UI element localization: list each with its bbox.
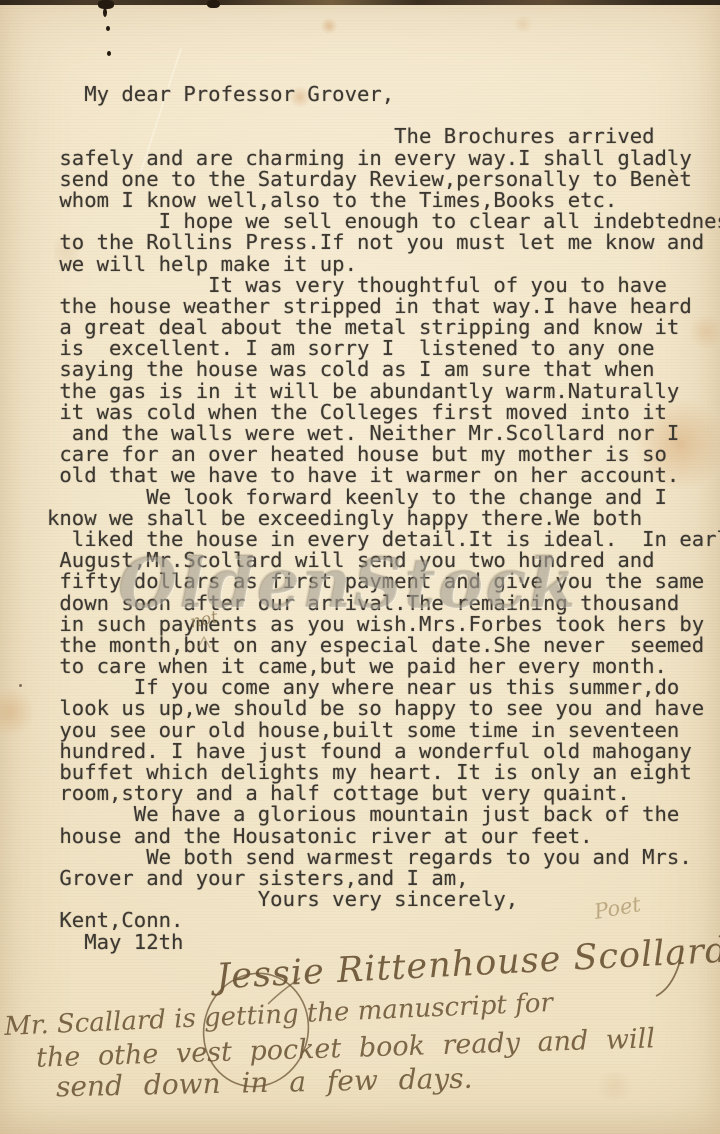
- ink-blot: [207, 0, 220, 8]
- typed-line: old that we have to have it warmer on he…: [47, 465, 720, 486]
- typed-line: a great deal about the metal stripping a…: [47, 317, 720, 338]
- ink-dot: [19, 684, 22, 687]
- typed-line: the month,but on any especial date.She n…: [47, 635, 720, 656]
- stain: [320, 18, 338, 34]
- stain: [0, 686, 34, 738]
- typed-line: know we shall be exceedingly happy there…: [47, 508, 720, 529]
- typed-line: We look forward keenly to the change and…: [47, 487, 720, 508]
- typed-line: send one to the Saturday Review,personal…: [47, 169, 720, 190]
- typed-line: [47, 105, 720, 126]
- typed-line: safely and are charming in every way.I s…: [47, 148, 720, 169]
- typed-line: The Brochures arrived: [47, 126, 720, 147]
- typed-line: we will help make it up.: [47, 254, 720, 275]
- typed-line: It was very thoughtful of you to have: [47, 275, 720, 296]
- typed-line: hundred. I have just found a wonderful o…: [47, 741, 720, 762]
- stain: [512, 16, 534, 32]
- typed-line: down soon after our arrival.The remainin…: [47, 593, 720, 614]
- typed-line: and the walls were wet. Neither Mr.Scoll…: [47, 423, 720, 444]
- typed-line: August,Mr.Scollard will send you two hun…: [47, 550, 720, 571]
- typed-line: buffet which delights my heart. It is on…: [47, 762, 720, 783]
- letter-page: My dear Professor Grover, The Brochures …: [0, 0, 720, 1134]
- typed-line: Grover and your sisters,and I am,: [47, 868, 720, 889]
- typed-line: fifty dollars as first payment and give …: [47, 571, 720, 592]
- typed-line: I hope we sell enough to clear all indeb…: [47, 211, 720, 232]
- typed-line: is excellent. I am sorry I listened to a…: [47, 338, 720, 359]
- typed-line: My dear Professor Grover,: [47, 84, 720, 105]
- typed-line: whom I know well,also to the Times,Books…: [47, 190, 720, 211]
- ink-dot: [103, 8, 107, 17]
- typed-line: to the Rollins Press.If not you must let…: [47, 232, 720, 253]
- typed-line: room,story and a half cottage but very q…: [47, 783, 720, 804]
- typed-text-block: My dear Professor Grover, The Brochures …: [47, 84, 720, 953]
- typed-line: the gas is in it will be abundantly warm…: [47, 381, 720, 402]
- typed-line: If you come any where near us this summe…: [47, 677, 720, 698]
- typed-line: We have a glorious mountain just back of…: [47, 804, 720, 825]
- typed-line: house and the Housatonic river at our fe…: [47, 826, 720, 847]
- ink-dot: [107, 51, 111, 56]
- typed-line: care for an over heated house but my mot…: [47, 444, 720, 465]
- typed-line: it was cold when the Colleges first move…: [47, 402, 720, 423]
- typed-line: in such payments as you wish.Mrs.Forbes …: [47, 614, 720, 635]
- typed-line: the house weather stripped in that way.I…: [47, 296, 720, 317]
- typed-line: We both send warmest regards to you and …: [47, 847, 720, 868]
- typed-line: look us up,we should be so happy to see …: [47, 698, 720, 719]
- ink-dot: [106, 26, 110, 31]
- stain: [592, 1072, 638, 1100]
- typed-line: to care when it came,but we paid her eve…: [47, 656, 720, 677]
- typed-line: liked the house in every detail.It is id…: [47, 529, 720, 550]
- typed-line: saying the house was cold as I am sure t…: [47, 359, 720, 380]
- typed-line: you see our old house,built some time in…: [47, 720, 720, 741]
